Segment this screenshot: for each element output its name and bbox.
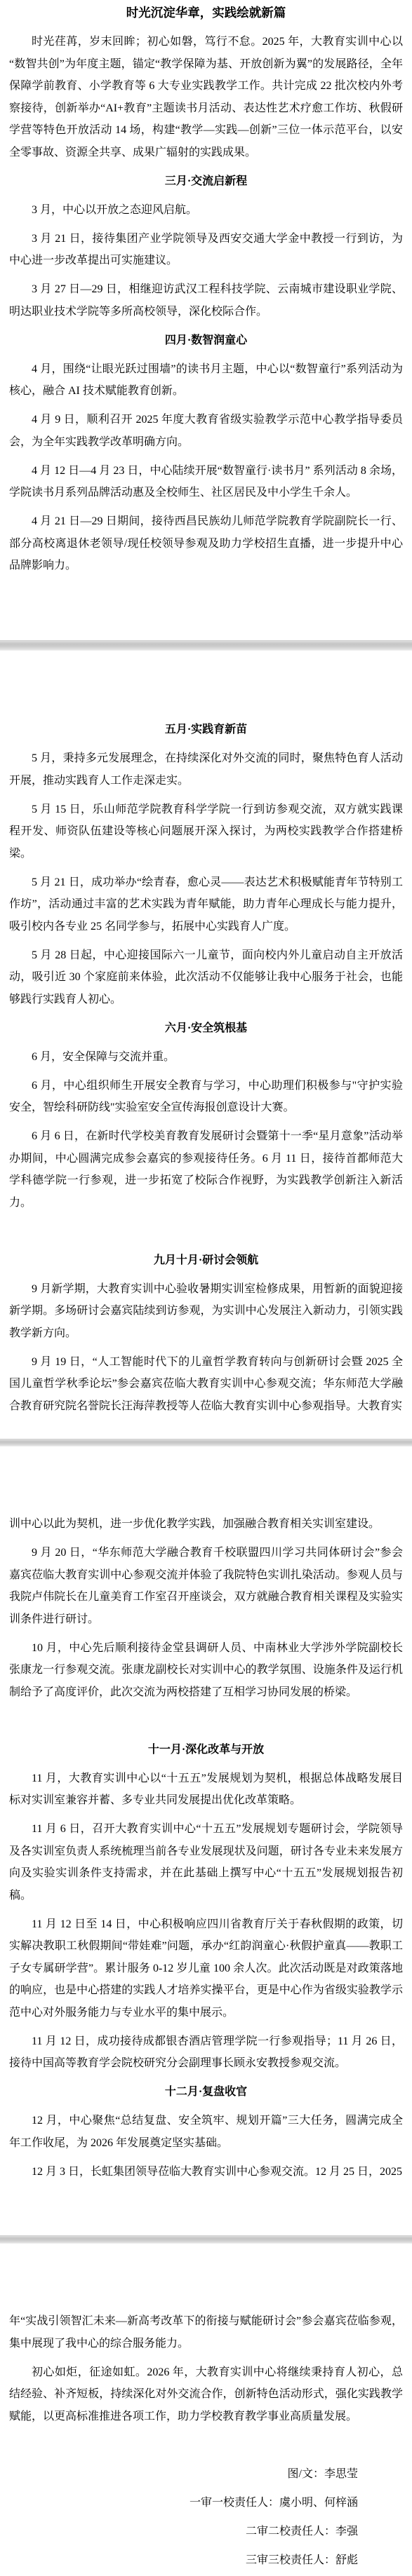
credit-line-third-review: 三审三校责任人：舒彪 — [9, 2549, 403, 2572]
paragraph-may-3: 5 月 21 日，成功举办“绘青春，愈心灵——表达艺术积极赋能青年节特别工作坊”… — [9, 872, 403, 938]
paragraph-april-4: 4 月 21 日—29 日期间，接待西昌民族幼儿师范学院教育学院副院长一行、部分… — [9, 510, 403, 577]
page-separator — [0, 2235, 412, 2244]
section-heading-april: 四月·数智润童心 — [9, 330, 403, 352]
paragraph-november-4: 11 月 12 日，成功接待成都银杏酒店管理学院一行参观指导；11 月 26 日… — [9, 2031, 403, 2075]
paragraph-september-3: 9 月 20 日，“华东师范大学融合教育千校联盟四川学习共同体研讨会”参会嘉宾莅… — [9, 1542, 403, 1630]
paragraph-may-4: 5 月 28 日起，中心迎接国际六一儿童节，面向校内外儿童启动自主开放活动，吸引… — [9, 944, 403, 1011]
paragraph-december-1: 12 月，中心聚焦“总结复盘、安全筑牢、规划开篇”三大任务，圆满完成全年工作收尾… — [9, 2110, 403, 2154]
section-heading-sep-oct: 九月十月·研讨会领航 — [9, 1249, 403, 1272]
paragraph-april-2: 4 月 9 日，顺利召开 2025 年度大教育省级实验教学示范中心教学指导委员会… — [9, 409, 403, 453]
paragraph-september-2-part-a: 9 月 19 日，“人工智能时代下的儿童哲学教育转向与创新研讨会暨 2025 全… — [9, 1351, 403, 1418]
paragraph-september-1: 9 月新学期，大教育实训中心验收暑期实训室检修成果，用暂新的面貌迎接新学期。多场… — [9, 1278, 403, 1345]
paragraph-may-1: 5 月，秉持多元发展理念，在持续深化对外交流的同时，聚焦特色育人活动开展，推动实… — [9, 747, 403, 792]
paragraph-june-3: 6 月 6 日，在新时代学校美育教育发展研讨会暨第十一季“星月意象”活动举办期间… — [9, 1125, 403, 1214]
credit-line-photo-text: 图/文：李思莹 — [9, 2463, 403, 2486]
paragraph-june-1: 6 月，安全保障与交流并重。 — [9, 1046, 403, 1069]
document-title: 时光沉淀华章，实践绘就新篇 — [9, 2, 403, 25]
blank-line — [9, 1710, 403, 1739]
paragraph-june-2: 6 月，中心组织师生开展安全教育与学习，中心助理们积极参与"守护实验安全，智绘科… — [9, 1075, 403, 1119]
section-heading-november: 十一月·深化改革与开放 — [9, 1739, 403, 1761]
page-3: 训中心以此为契机，进一步优化教学实践，加强融合教育相关实训室建设。 9 月 20… — [0, 1446, 412, 2235]
blank-line — [9, 1221, 403, 1249]
paragraph-december-2-part-b: 年“实战引领智汇未来—新高考改革下的衔接与赋能研讨会”参会嘉宾莅临参观，集中展现… — [9, 2310, 403, 2354]
paragraph-november-3: 11 月 12 日至 14 日，中心积极响应四川省教育厅关于春秋假期的政策，切实… — [9, 1913, 403, 2024]
paragraph-november-2: 11 月 6 日，召开大教育实训中心“十五五”发展规划专题研讨会，学院领导及各实… — [9, 1818, 403, 1906]
page-separator — [0, 1439, 412, 1446]
paragraph-may-2: 5 月 15 日，乐山师范学院教育科学学院一行到访参观交流，双方就实践课程开发、… — [9, 799, 403, 865]
section-heading-june: 六月·安全筑根基 — [9, 1017, 403, 1040]
page-1: 时光沉淀华章，实践绘就新篇 时光荏苒，岁末回眸；初心如磐，笃行不怠。2025 年… — [0, 0, 412, 640]
paragraph-april-3: 4 月 12 日—4 月 23 日，中心陆续开展“数智童行·读书月” 系列活动 … — [9, 460, 403, 504]
document: 时光沉淀华章，实践绘就新篇 时光荏苒，岁末回眸；初心如磐，笃行不怠。2025 年… — [0, 0, 412, 2576]
blank-line — [9, 2434, 403, 2463]
section-heading-march: 三月·交流启新程 — [9, 170, 403, 193]
page-separator — [0, 640, 412, 651]
credit-line-first-review: 一审一校责任人：虞小明、何梓涵 — [9, 2492, 403, 2514]
section-heading-may: 五月·实践育新苗 — [9, 719, 403, 741]
paragraph-april-1: 4 月，围绕“让眼光跃过围墙”的读书月主题，中心以“数智童行”系列活动为核心，融… — [9, 358, 403, 402]
paragraph-october-1: 10 月，中心先后顺利接待金堂县调研人员、中南林业大学涉外学院副校长张康龙一行参… — [9, 1637, 403, 1704]
paragraph-march-2: 3 月 21 日，接待集团产业学院领导及西安交通大学金中教授一行到访，为中心进一… — [9, 228, 403, 272]
paragraph-march-1: 3 月，中心以开放之态迎风启航。 — [9, 199, 403, 222]
paragraph-december-2-part-a: 12 月 3 日，长虹集团领导莅临大教育实训中心参观交流。12 月 25 日，2… — [9, 2161, 403, 2183]
paragraph-september-2-part-b: 训中心以此为契机，进一步优化教学实践，加强融合教育相关实训室建设。 — [9, 1513, 403, 1536]
page-4: 年“实战引领智汇未来—新高考改革下的衔接与赋能研讨会”参会嘉宾莅临参观，集中展现… — [0, 2244, 412, 2576]
section-heading-december: 十二月·复盘收官 — [9, 2081, 403, 2103]
paragraph-intro: 时光荏苒，岁末回眸；初心如磐，笃行不怠。2025 年，大教育实训中心以“数智共创… — [9, 31, 403, 163]
page-2: 五月·实践育新苗 5 月，秉持多元发展理念，在持续深化对外交流的同时，聚焦特色育… — [0, 651, 412, 1439]
paragraph-november-1: 11 月，大教育实训中心以“十五五”发展规划为契机，根据总体战略发展目标对实训室… — [9, 1768, 403, 1812]
paragraph-march-3: 3 月 27 日—29 日，相继迎访武汉工程科技学院、云南城市建设职业学院、明达… — [9, 278, 403, 323]
credit-line-second-review: 二审二校责任人：李强 — [9, 2521, 403, 2543]
paragraph-outro: 初心如炬，征途如虹。2026 年，大教育实训中心将继续秉持育人初心，总结经验、补… — [9, 2361, 403, 2428]
